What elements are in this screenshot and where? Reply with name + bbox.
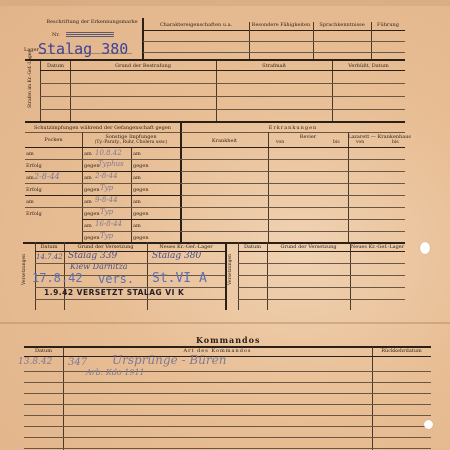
illnesses-title-rule <box>181 132 405 133</box>
transfers-row <box>35 263 225 264</box>
vacc-pocken-label: am <box>26 175 34 181</box>
punishments-header-rule <box>40 70 405 71</box>
vacc-pocken-label: am <box>26 199 34 205</box>
kommando-type-2: Arb. Kdo 1911 <box>86 368 145 377</box>
nr-bar-1 <box>66 32 114 33</box>
card-fold <box>0 322 450 324</box>
gegen-label: gegen <box>84 235 100 241</box>
kommandos-sep-2 <box>372 347 373 450</box>
vacc-pocken-label: Erfolg <box>26 187 42 193</box>
header-col-conduct: Führung <box>371 22 405 28</box>
transfers-col-reason: Grund der Versetzung <box>64 244 147 250</box>
transfers-right-row <box>238 263 405 264</box>
ill-row <box>181 171 405 172</box>
kommandos-row <box>24 448 431 449</box>
vacc-pocken-label: Erfolg <box>26 163 42 169</box>
am-label: am <box>84 199 92 205</box>
transfer-date: 14.7.42 <box>36 253 63 261</box>
vacc-other-against: Typ <box>100 184 113 192</box>
transfers-col-camp: Neues Kr.-Gef.-Lager <box>147 244 225 250</box>
header-row-1 <box>143 41 405 42</box>
vacc-other-against: Typhus <box>98 160 124 168</box>
am-label: am <box>133 151 141 157</box>
header-row-2 <box>143 52 405 53</box>
gegen-label: gegen <box>133 211 149 217</box>
ill-sep-1 <box>268 132 269 242</box>
identity-tag-label: Beschriftung der Erkennungsmarke <box>42 19 142 25</box>
punishments-bottom-rule <box>25 121 405 123</box>
kommandos-row <box>24 426 431 427</box>
vaccinations-title-rule <box>25 132 181 133</box>
vacc-row-rule <box>82 231 181 232</box>
gegen-label: gegen <box>84 211 100 217</box>
gegen-label: gegen <box>133 235 149 241</box>
transfers-right-col-camp: Neues Kr.-Gef.-Lager <box>350 244 405 250</box>
header-col-character: Charaktereigenschaften u.a. <box>143 22 249 28</box>
vacc-header-rule <box>25 147 181 148</box>
punishments-row-1 <box>40 83 405 84</box>
am-label: am <box>133 199 141 205</box>
kommando-date: 13.8.42 <box>18 357 52 367</box>
nr-bar-2 <box>66 34 114 35</box>
punishments-row-2 <box>40 96 405 97</box>
punishments-side-label: Strafen im Kr.-Gef.-Lager <box>28 50 33 108</box>
vaccinations-title: Schutzimpfungen während der Gefangenscha… <box>25 125 180 131</box>
punishments-top-rule <box>25 59 405 61</box>
illnesses-title: Erkrankungen <box>181 125 405 131</box>
ill-sep-2 <box>348 132 349 242</box>
transfers-right-row <box>238 299 405 300</box>
transfers-right-header-rule <box>238 251 405 252</box>
punishments-row-3 <box>40 109 405 110</box>
transfer-stamp-versetzt: 1.9.42 VERSETZT STALAG VI K <box>44 288 184 297</box>
ill-row <box>181 219 405 220</box>
punishments-col-date: Datum <box>41 63 70 69</box>
transfer-stamp-text: vers. <box>98 272 134 286</box>
header-col-languages: Sprachkenntnisse <box>313 22 371 28</box>
ill-row <box>181 183 405 184</box>
vacc-other-against: Typ <box>100 208 113 216</box>
ill-col-illness: Krankheit <box>181 138 268 144</box>
gegen-label: gegen <box>133 187 149 193</box>
ill-header-rule <box>181 147 405 148</box>
kommandos-row <box>24 404 431 405</box>
ill-bis: bis <box>392 140 399 146</box>
transfers-right-row <box>238 287 405 288</box>
vacc-other-against: Typ <box>100 232 113 240</box>
gegen-label: gegen <box>133 163 149 169</box>
ill-row <box>181 159 405 160</box>
kommandos-title: Kommandos <box>196 335 260 345</box>
punch-hole-bottom <box>424 420 433 429</box>
vacc-other-date: 2-8-44 <box>95 172 118 180</box>
ill-bis: bis <box>333 140 340 146</box>
transfers-col-date: Datum <box>35 244 63 250</box>
header-col-skills: Besondere Fähigkeiten <box>249 22 313 28</box>
transfers-side-label: Versetzungen <box>22 254 27 285</box>
kommandos-row <box>24 415 431 416</box>
punishments-col-served: Verbüßt, Datum <box>332 63 405 69</box>
lager-underline <box>38 53 132 54</box>
lager-value-stamp: Stalag 380 <box>38 40 128 58</box>
vacc-col-other-sub: (Ty.-Paraty., Ruhr, Cholera usw.) <box>82 140 180 146</box>
transfers-row <box>35 299 225 300</box>
vacc-pocken-label: Erfolg <box>26 211 42 217</box>
am-label: am <box>133 175 141 181</box>
paper-top-edge <box>0 0 450 6</box>
kommandos-row <box>24 382 431 383</box>
transfer-reason: Stalag 339 <box>68 251 117 261</box>
transfer-reason-2: Kiew Darnitza <box>70 262 128 271</box>
nr-bar-3 <box>66 36 114 37</box>
vacc-sep-1 <box>82 132 83 242</box>
transfers-right-row <box>238 275 405 276</box>
vacc-other-date: 10.8.42 <box>95 149 122 157</box>
kommandos-row <box>24 393 431 394</box>
header-col-rule <box>143 30 405 31</box>
punch-hole-top <box>420 242 430 254</box>
punishments-col-reason: Grund der Bestrafung <box>70 63 216 69</box>
kommandos-sep-1 <box>63 347 64 450</box>
vacc-col-pocken: Pocken <box>25 137 82 143</box>
kommandos-col-return: Rückkehrdatum <box>372 348 431 354</box>
am-label: am <box>84 223 92 229</box>
transfers-right-col-date: Datum <box>238 244 267 250</box>
vacc-other-date: 9-8-44 <box>95 196 118 204</box>
vacc-pocken-label: am <box>26 151 34 157</box>
am-label: am <box>133 223 141 229</box>
vacc-other-date: 16-8-44 <box>95 220 122 228</box>
ill-row <box>181 195 405 196</box>
ill-row <box>181 207 405 208</box>
nr-label: Nr. <box>52 32 60 38</box>
transfer-stamp-camp: St.VI A <box>152 271 207 286</box>
transfer-stamp-date: 17.8.42 <box>32 271 83 285</box>
kommando-type: Ursprünge - Büren <box>112 353 226 367</box>
punishments-col-penalty: Strafmaß <box>216 63 332 69</box>
transfers-right-side-label: Versetzungen <box>228 254 233 285</box>
ill-row <box>181 231 405 232</box>
am-label: am <box>84 175 92 181</box>
kommando-number: 347 <box>68 357 87 368</box>
vacc-pocken-date: 2-8-44 <box>34 172 60 181</box>
gegen-label: gegen <box>84 187 100 193</box>
transfers-divider <box>225 242 227 310</box>
transfer-new-camp: Stalag 380 <box>152 251 201 261</box>
ill-von: von <box>356 140 364 146</box>
ill-von: von <box>276 140 284 146</box>
transfers-right-col-reason: Grund der Versetzung <box>267 244 350 250</box>
am-label: am <box>84 151 92 157</box>
kommandos-row <box>24 437 431 438</box>
kommandos-col-date: Datum <box>24 348 63 354</box>
